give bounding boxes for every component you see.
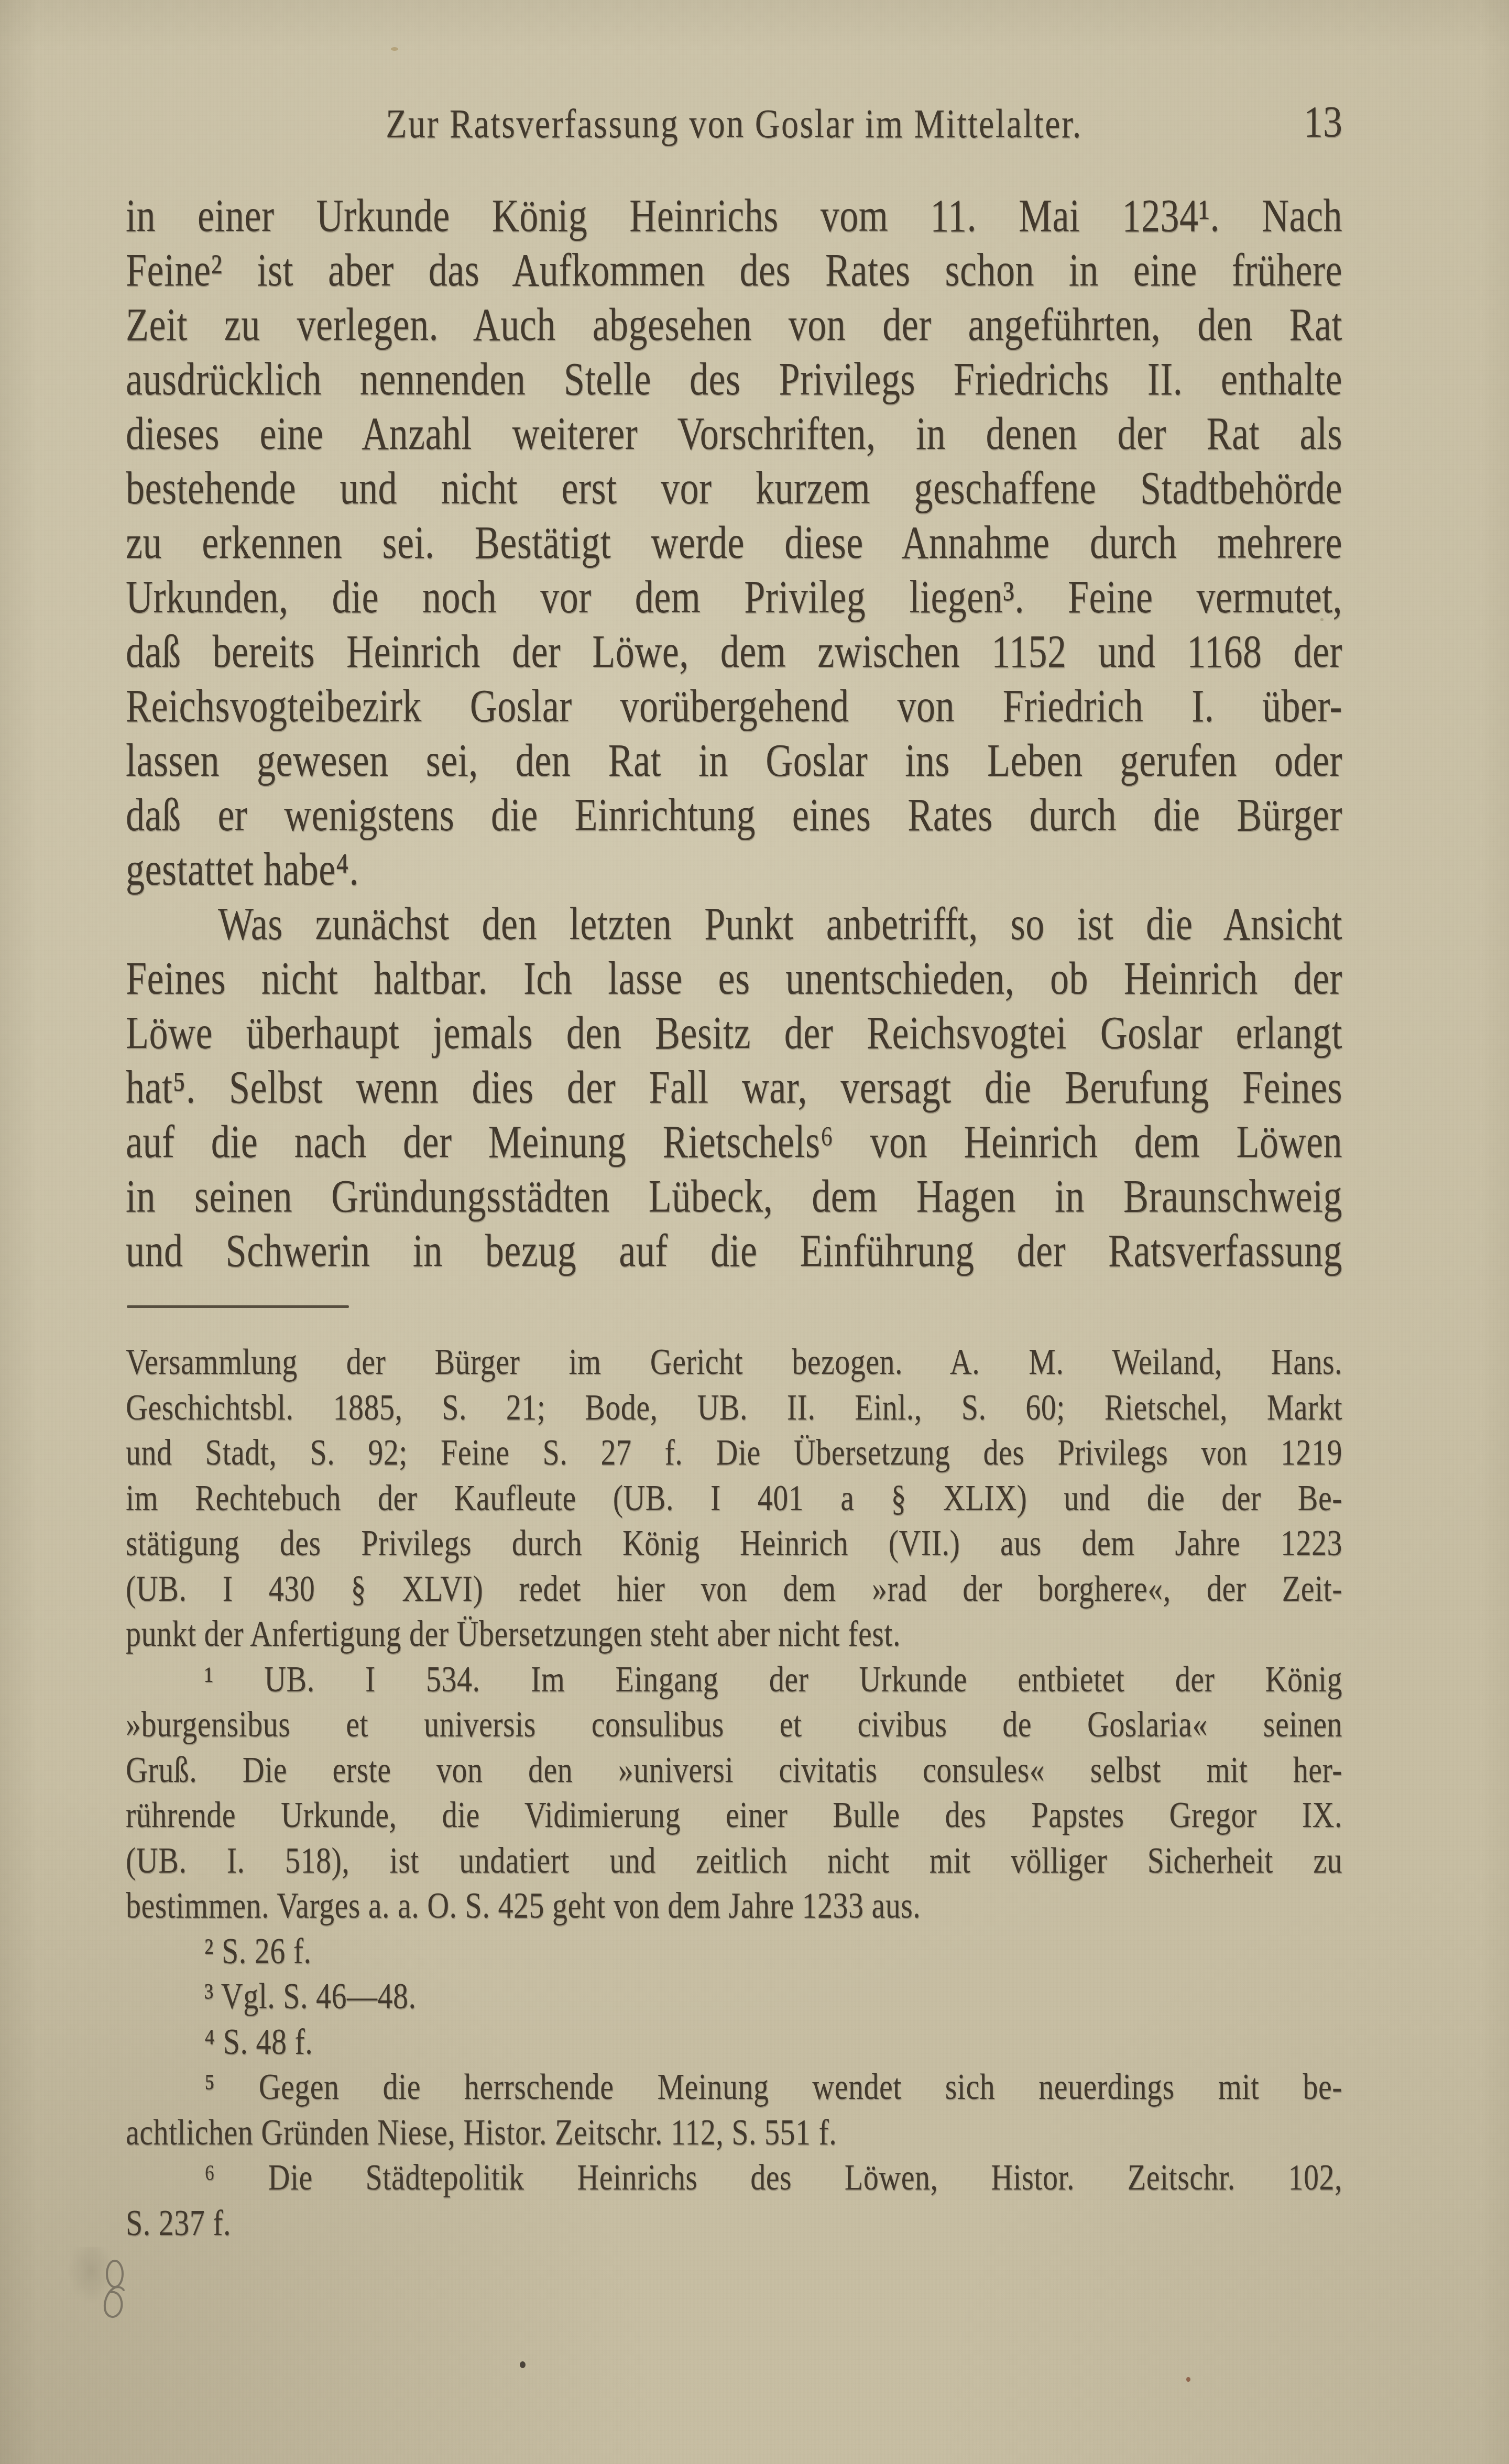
running-header-title: Zur Ratsverfassung von Goslar im Mittela… bbox=[126, 92, 1342, 157]
footnote-line: S. 237 f. bbox=[126, 2196, 1342, 2250]
paper-speck bbox=[520, 2361, 526, 2368]
paper-speck bbox=[1320, 618, 1324, 621]
pencil-mark-8 bbox=[101, 2259, 128, 2320]
body-line: und Schwerin in bezug auf die Einführung… bbox=[126, 1217, 1342, 1284]
footnote-separator-rule bbox=[127, 1305, 349, 1308]
paper-speck bbox=[391, 47, 398, 51]
page-number: 13 bbox=[1174, 91, 1342, 154]
paper-speck bbox=[1186, 2377, 1190, 2382]
scanned-book-page: Zur Ratsverfassung von Goslar im Mittela… bbox=[0, 0, 1509, 2464]
